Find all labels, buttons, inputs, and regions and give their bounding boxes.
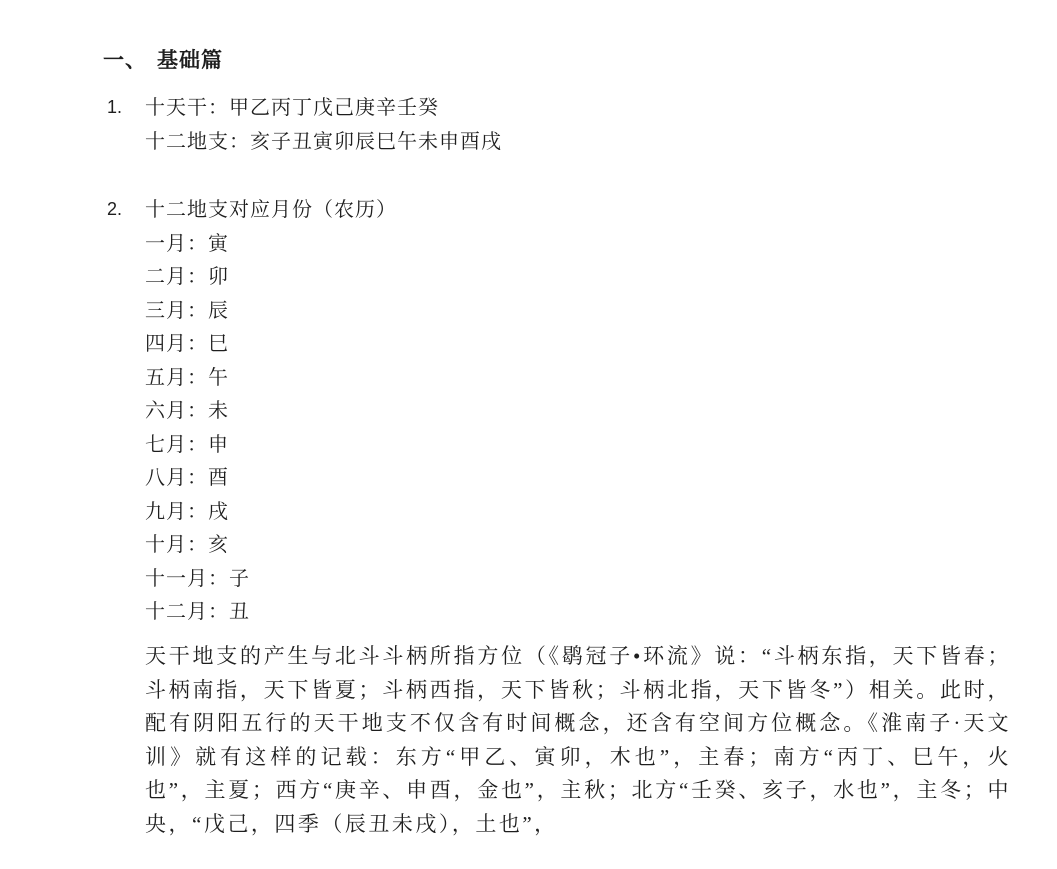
document-page: 一、基础篇 1. 十天干：甲乙丙丁戊己庚辛壬癸 十二地支：亥子丑寅卯辰巳午未申酉… [0,0,1057,869]
earthly-branches-line: 十二地支：亥子丑寅卯辰巳午未申酉戌 [145,126,1057,160]
section-heading-title: 基础篇 [157,49,223,72]
month-line-11: 十一月：子 [145,563,1057,597]
list-item-2: 2. 十二地支对应月份（农历） 一月：寅 二月：卯 三月：辰 四月：巳 五月：午… [0,194,1057,630]
month-line-8: 八月：酉 [145,462,1057,496]
list-item-2-content: 十二地支对应月份（农历） 一月：寅 二月：卯 三月：辰 四月：巳 五月：午 六月… [145,194,1057,630]
body-paragraph: 天干地支的产生与北斗斗柄所指方位（《鹖冠子•环流》说：“斗柄东指，天下皆春；斗柄… [145,640,1011,841]
heavenly-stems-line: 十天干：甲乙丙丁戊己庚辛壬癸 [145,92,1057,126]
section-heading-number: 一、 [103,49,147,72]
list-item-1: 1. 十天干：甲乙丙丁戊己庚辛壬癸 十二地支：亥子丑寅卯辰巳午未申酉戌 [0,92,1057,159]
month-line-6: 六月：未 [145,395,1057,429]
month-line-5: 五月：午 [145,362,1057,396]
month-line-4: 四月：巳 [145,328,1057,362]
month-line-12: 十二月：丑 [145,596,1057,630]
month-line-10: 十月：亥 [145,529,1057,563]
month-line-7: 七月：申 [145,429,1057,463]
month-line-2: 二月：卯 [145,261,1057,295]
section-heading: 一、基础篇 [103,44,223,74]
month-line-1: 一月：寅 [145,228,1057,262]
list-item-1-number: 1. [107,97,122,118]
month-line-9: 九月：戌 [145,496,1057,530]
month-line-3: 三月：辰 [145,295,1057,329]
list-item-2-title: 十二地支对应月份（农历） [145,194,1057,228]
list-item-2-number: 2. [107,199,122,220]
list-item-1-content: 十天干：甲乙丙丁戊己庚辛壬癸 十二地支：亥子丑寅卯辰巳午未申酉戌 [145,92,1057,159]
